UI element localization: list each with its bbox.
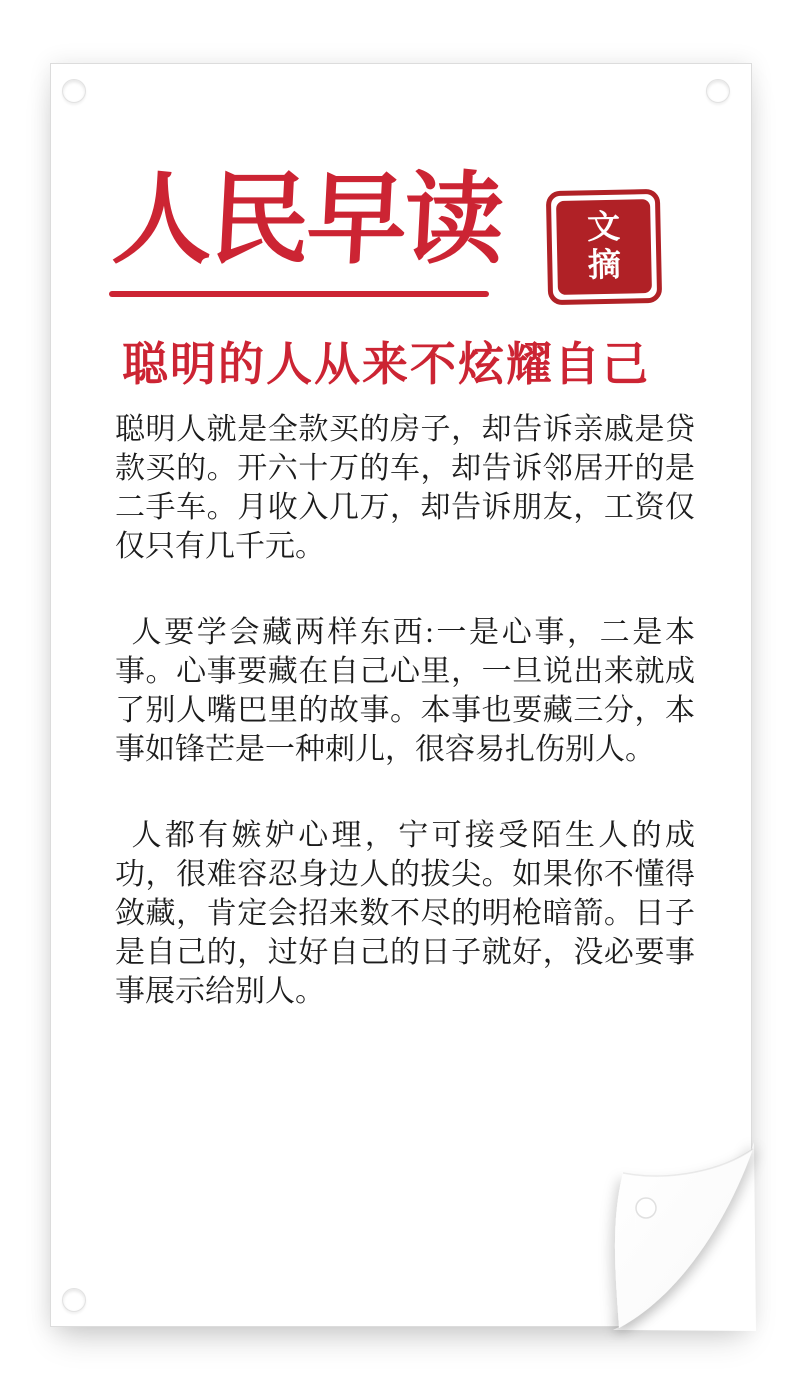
seal-char-1: 文 (587, 209, 621, 248)
punch-hole-on-curl (636, 1198, 656, 1218)
article-paragraph-1: 聪明人就是全款买的房子，却告诉亲戚是贷款买的。开六十万的车，却告诉邻居开的是二手… (115, 410, 695, 566)
digest-seal-inner: 文 摘 (556, 199, 652, 295)
masthead-title: 人民早读 (110, 168, 504, 274)
punch-hole-bottom-left (62, 1288, 86, 1312)
punch-hole-top-right (706, 79, 730, 103)
paper-card: 人民早读 文 摘 聪明的人从来不炫耀自己 聪明人就是全款买的房子，却告诉亲戚是贷… (50, 63, 752, 1327)
article-body: 聪明人就是全款买的房子，却告诉亲戚是贷款买的。开六十万的车，却告诉邻居开的是二手… (115, 410, 695, 1058)
article-headline: 聪明的人从来不炫耀自己 (122, 328, 650, 394)
digest-seal: 文 摘 (546, 189, 662, 305)
seal-char-2: 摘 (588, 247, 622, 286)
title-underline (109, 291, 489, 297)
article-paragraph-3: 人都有嫉妒心理，宁可接受陌生人的成功，很难容忍身边人的拔尖。如果你不懂得敛藏，肯… (115, 816, 695, 1011)
page-curl (591, 1124, 753, 1328)
punch-hole-top-left (62, 79, 86, 103)
article-paragraph-2: 人要学会藏两样东西:一是心事，二是本事。心事要藏在自己心里，一旦说出来就成了别人… (115, 613, 695, 769)
